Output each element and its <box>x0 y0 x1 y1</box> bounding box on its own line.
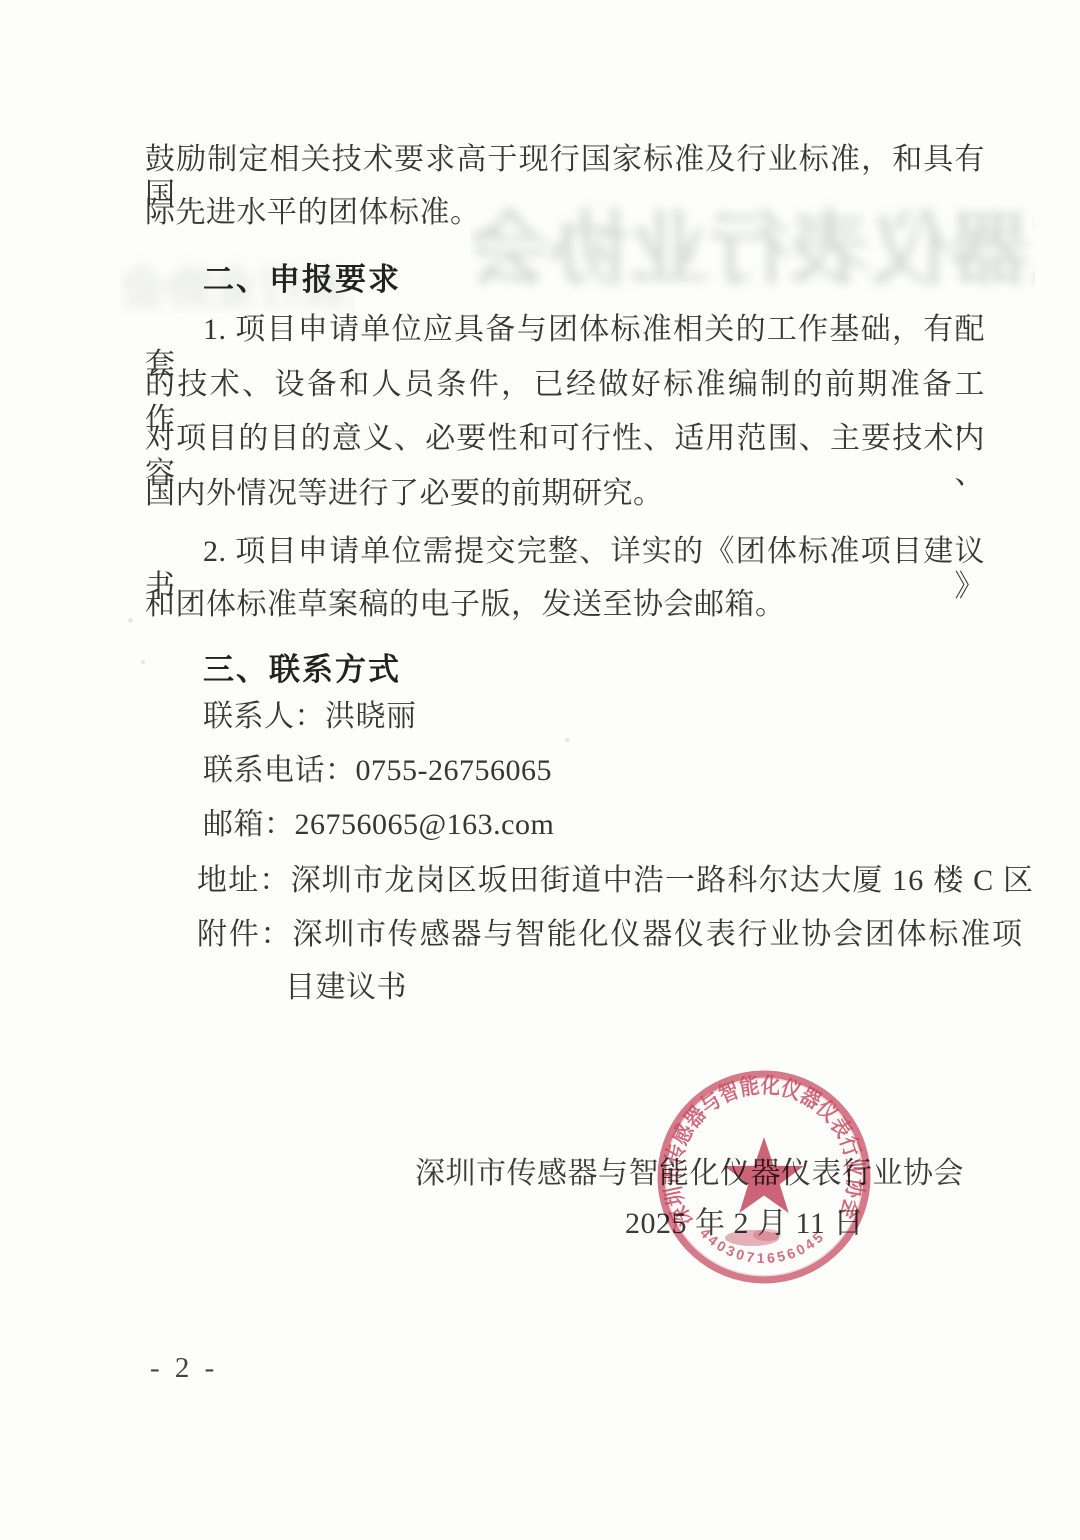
scan-speck <box>141 660 145 664</box>
contact-line-person: 联系人：洪晓丽 <box>203 700 1003 735</box>
attachment-line-2: 目建议书 <box>285 971 1080 1006</box>
seal-ink-smudge-small <box>753 1229 781 1241</box>
section-heading-application-requirements: 二、申报要求 <box>203 254 401 299</box>
body-line-para1-4: 国内外情况等进行了必要的前期研究。 <box>145 477 985 512</box>
contact-line-address: 地址：深圳市龙岗区坂田街道中浩一路科尔达大厦 16 楼 C 区 <box>197 864 997 899</box>
contact-line-email: 邮箱：26756065@163.com <box>203 808 1003 843</box>
body-line-para2-2: 和团体标准草案稿的电子版，发送至协会邮箱。 <box>145 588 985 623</box>
page-number: - 2 - <box>150 1352 218 1385</box>
body-line-intro-2: 际先进水平的团体标准。 <box>145 196 985 231</box>
document-page: 深圳市传感器与智能化仪器仪表行业协会 深圳市传感器与智能化仪器仪表行业协会 鼓励… <box>0 0 1080 1540</box>
scan-speck <box>565 738 570 742</box>
official-seal-stamp: 深圳市传感器与智能化仪器仪表行业协会 4403071656045 <box>634 1047 894 1307</box>
star-icon <box>724 1137 804 1213</box>
contact-line-phone: 联系电话：0755-26756065 <box>203 754 1003 789</box>
scan-speck <box>128 618 133 623</box>
attachment-line-1: 附件：深圳市传感器与智能化仪器仪表行业协会团体标准项 <box>197 918 997 953</box>
section-heading-contact-info: 三、联系方式 <box>203 644 401 689</box>
